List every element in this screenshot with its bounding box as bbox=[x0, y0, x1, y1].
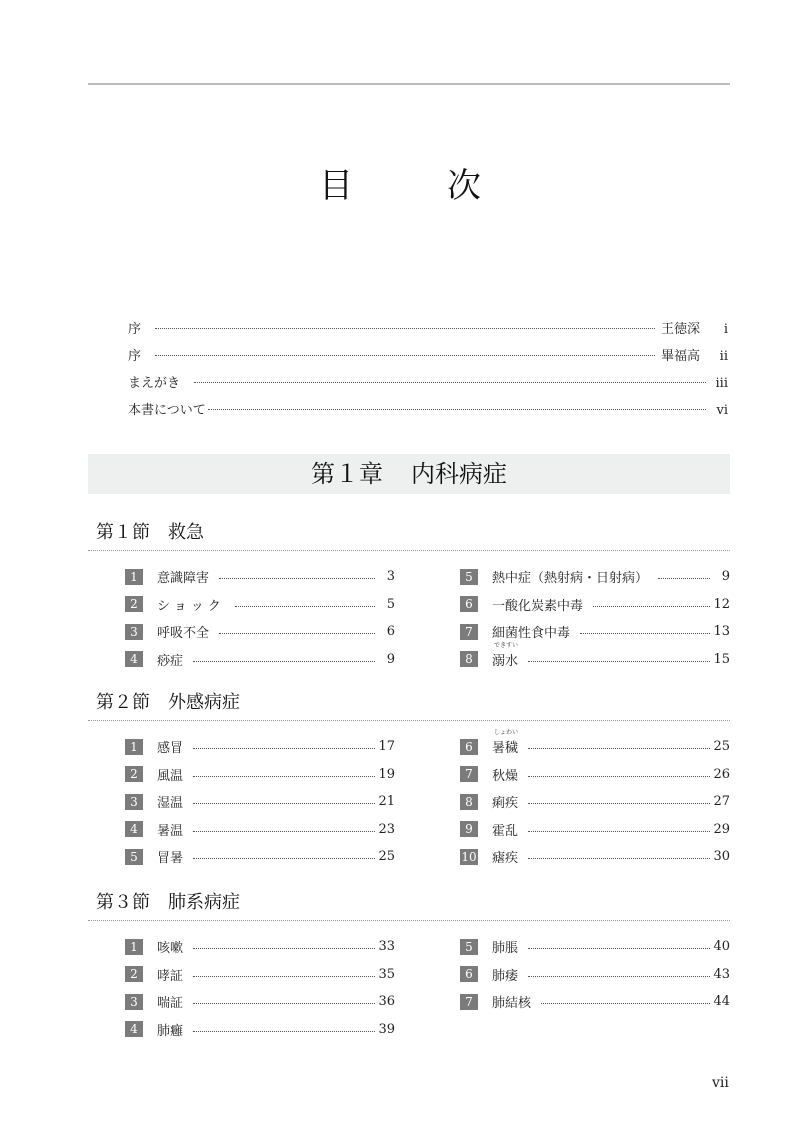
toc-entry-preface-1[interactable]: 序 王徳深 i bbox=[128, 318, 728, 345]
toc-entry-maegaki[interactable]: まえがき iii bbox=[128, 372, 728, 399]
item-title: 痢疾 bbox=[492, 792, 518, 811]
entry-page: iii bbox=[708, 376, 728, 391]
toc-item[interactable]: 6肺痿43 bbox=[460, 961, 730, 989]
item-page: 40 bbox=[712, 939, 730, 954]
item-number-badge: 9 bbox=[460, 821, 478, 837]
item-title: 細菌性食中毒 bbox=[492, 622, 570, 641]
item-number-badge: 6 bbox=[460, 739, 478, 755]
item-number-badge: 1 bbox=[125, 569, 143, 585]
item-number-badge: 8 bbox=[460, 651, 478, 667]
toc-item[interactable]: 9霍乱29 bbox=[460, 816, 730, 844]
dot-leader bbox=[658, 578, 710, 579]
entry-page: ii bbox=[700, 349, 728, 364]
toc-item[interactable]: 7肺結核44 bbox=[460, 988, 730, 1016]
toc-item[interactable]: 3呼吸不全6 bbox=[125, 618, 395, 646]
item-page: 3 bbox=[377, 569, 395, 584]
section-title: 救急 bbox=[168, 522, 204, 543]
front-matter-list: 序 王徳深 i 序 畢福高 ii まえがき iii 本書について vi bbox=[128, 318, 728, 426]
item-page: 9 bbox=[377, 652, 395, 667]
dot-leader bbox=[193, 803, 375, 804]
toc-item[interactable]: 1意識障害3 bbox=[125, 563, 395, 591]
item-page: 5 bbox=[377, 597, 395, 612]
toc-item[interactable]: 8痢疾27 bbox=[460, 788, 730, 816]
toc-item[interactable]: 10瘧疾30 bbox=[460, 843, 730, 871]
section-divider bbox=[88, 720, 730, 721]
item-title: 溺水 bbox=[492, 654, 518, 669]
dot-leader bbox=[528, 661, 710, 662]
item-page: 29 bbox=[712, 822, 730, 837]
dot-leader bbox=[155, 355, 655, 356]
toc-item[interactable]: 2ショック5 bbox=[125, 591, 395, 619]
toc-item[interactable]: 6一酸化炭素中毒12 bbox=[460, 591, 730, 619]
item-page: 35 bbox=[377, 967, 395, 982]
item-number-badge: 6 bbox=[460, 596, 478, 612]
item-page: 27 bbox=[712, 794, 730, 809]
dot-leader bbox=[208, 409, 706, 410]
dot-leader bbox=[541, 1003, 710, 1004]
item-title: 霍乱 bbox=[492, 820, 518, 839]
item-number-badge: 3 bbox=[125, 624, 143, 640]
item-title: 呼吸不全 bbox=[157, 622, 209, 641]
toc-item[interactable]: 1感冒17 bbox=[125, 733, 395, 761]
dot-leader bbox=[193, 1003, 375, 1004]
item-number-badge: 1 bbox=[125, 939, 143, 955]
item-page: 15 bbox=[712, 652, 730, 667]
item-number-badge: 7 bbox=[460, 624, 478, 640]
item-title: ショック bbox=[157, 595, 225, 614]
toc-item[interactable]: 4痧症9 bbox=[125, 646, 395, 674]
section-heading: 第１節救急 bbox=[88, 520, 730, 546]
item-page: 25 bbox=[712, 739, 730, 754]
section-1: 第１節救急 1意識障害3 2ショック5 3呼吸不全6 4痧症9 5熱中症（熱射病… bbox=[88, 520, 730, 563]
section-divider bbox=[88, 550, 730, 551]
page-number: vii bbox=[712, 1075, 729, 1091]
item-title: 意識障害 bbox=[157, 567, 209, 586]
item-number-badge: 3 bbox=[125, 994, 143, 1010]
item-ruby: しょわい bbox=[494, 727, 518, 736]
toc-entry-about-book[interactable]: 本書について vi bbox=[128, 399, 728, 426]
dot-leader bbox=[528, 776, 710, 777]
dot-leader bbox=[155, 328, 655, 329]
dot-leader bbox=[193, 776, 375, 777]
section-heading: 第３節肺系病症 bbox=[88, 890, 730, 916]
dot-leader bbox=[528, 858, 710, 859]
item-number-badge: 5 bbox=[125, 849, 143, 865]
item-title: 暑穢 bbox=[492, 741, 518, 756]
item-page: 30 bbox=[712, 849, 730, 864]
item-title: 瘧疾 bbox=[492, 847, 518, 866]
dot-leader bbox=[194, 382, 706, 383]
dot-leader bbox=[193, 948, 375, 949]
item-page: 36 bbox=[377, 994, 395, 1009]
item-page: 21 bbox=[377, 794, 395, 809]
entry-page: vi bbox=[708, 403, 728, 418]
toc-item[interactable]: 3湿温21 bbox=[125, 788, 395, 816]
item-title: 風温 bbox=[157, 765, 183, 784]
item-title: 熱中症（熱射病・日射病） bbox=[492, 567, 648, 586]
item-number-badge: 1 bbox=[125, 739, 143, 755]
item-title: 秋燥 bbox=[492, 765, 518, 784]
item-page: 33 bbox=[377, 939, 395, 954]
section-number: 第３節 bbox=[96, 892, 150, 913]
dot-leader bbox=[219, 578, 375, 579]
item-page: 39 bbox=[377, 1022, 395, 1037]
section-title: 外感病症 bbox=[168, 692, 240, 713]
item-page: 13 bbox=[712, 624, 730, 639]
toc-item[interactable]: 2風温19 bbox=[125, 761, 395, 789]
item-page: 6 bbox=[377, 624, 395, 639]
item-ruby: できすい bbox=[494, 640, 518, 649]
section-number: 第１節 bbox=[96, 522, 150, 543]
item-title: 湿温 bbox=[157, 792, 183, 811]
item-page: 43 bbox=[712, 967, 730, 982]
section-2: 第２節外感病症 1感冒17 2風温19 3湿温21 4暑温23 5冒暑25 6し… bbox=[88, 690, 730, 733]
dot-leader bbox=[528, 803, 710, 804]
item-number-badge: 7 bbox=[460, 766, 478, 782]
section-number: 第２節 bbox=[96, 692, 150, 713]
dot-leader bbox=[219, 633, 375, 634]
entry-author: 王徳深 bbox=[661, 318, 700, 337]
dot-leader bbox=[193, 858, 375, 859]
item-title: 哮証 bbox=[157, 965, 183, 984]
item-title: 痧症 bbox=[157, 650, 183, 669]
dot-leader bbox=[193, 748, 375, 749]
item-title: 感冒 bbox=[157, 737, 183, 756]
chapter-title: 内科病症 bbox=[411, 460, 507, 488]
chapter-number: 第１章 bbox=[311, 460, 383, 488]
dot-leader bbox=[580, 633, 710, 634]
item-page: 26 bbox=[712, 767, 730, 782]
item-number-badge: 5 bbox=[460, 939, 478, 955]
item-title-with-ruby: できすい溺水 bbox=[492, 650, 518, 669]
item-title: 暑温 bbox=[157, 820, 183, 839]
item-page: 25 bbox=[377, 849, 395, 864]
item-page: 19 bbox=[377, 767, 395, 782]
toc-item[interactable]: 5冒暑25 bbox=[125, 843, 395, 871]
item-page: 23 bbox=[377, 822, 395, 837]
item-page: 9 bbox=[712, 569, 730, 584]
item-title: 肺癰 bbox=[157, 1020, 183, 1039]
item-number-badge: 6 bbox=[460, 966, 478, 982]
dot-leader bbox=[593, 606, 710, 607]
entry-label: 序 bbox=[128, 345, 141, 364]
toc-entry-preface-2[interactable]: 序 畢福高 ii bbox=[128, 345, 728, 372]
item-title: 肺痿 bbox=[492, 965, 518, 984]
item-title: 咳嗽 bbox=[157, 937, 183, 956]
item-number-badge: 3 bbox=[125, 794, 143, 810]
item-title: 肺結核 bbox=[492, 992, 531, 1011]
toc-item[interactable]: 2哮証35 bbox=[125, 961, 395, 989]
dot-leader bbox=[193, 976, 375, 977]
item-number-badge: 4 bbox=[125, 1021, 143, 1037]
item-title-with-ruby: しょわい暑穢 bbox=[492, 737, 518, 756]
item-title: 肺脹 bbox=[492, 937, 518, 956]
toc-item[interactable]: 6しょわい暑穢25 bbox=[460, 733, 730, 761]
dot-leader bbox=[528, 831, 710, 832]
toc-item[interactable]: 1咳嗽33 bbox=[125, 933, 395, 961]
section-heading: 第２節外感病症 bbox=[88, 690, 730, 716]
section-divider bbox=[88, 920, 730, 921]
toc-item[interactable]: 5肺脹40 bbox=[460, 933, 730, 961]
item-page: 17 bbox=[377, 739, 395, 754]
dot-leader bbox=[528, 948, 710, 949]
item-title: 冒暑 bbox=[157, 847, 183, 866]
toc-item[interactable]: 4肺癰39 bbox=[125, 1016, 395, 1044]
dot-leader bbox=[193, 1031, 375, 1032]
item-number-badge: 7 bbox=[460, 994, 478, 1010]
page-title: 目 次 bbox=[0, 158, 800, 207]
dot-leader bbox=[235, 606, 375, 607]
entry-label: 本書について bbox=[128, 399, 206, 418]
entry-author: 畢福高 bbox=[661, 345, 700, 364]
chapter-heading: 第１章内科病症 bbox=[88, 454, 730, 494]
entry-label: 序 bbox=[128, 318, 141, 337]
toc-item[interactable]: 7秋燥26 bbox=[460, 761, 730, 789]
toc-item[interactable]: 3喘証36 bbox=[125, 988, 395, 1016]
dot-leader bbox=[193, 661, 375, 662]
item-number-badge: 2 bbox=[125, 766, 143, 782]
dot-leader bbox=[193, 831, 375, 832]
item-number-badge: 4 bbox=[125, 821, 143, 837]
top-rule bbox=[88, 83, 730, 85]
item-title: 喘証 bbox=[157, 992, 183, 1011]
item-number-badge: 4 bbox=[125, 651, 143, 667]
item-page: 44 bbox=[712, 994, 730, 1009]
entry-label: まえがき bbox=[128, 372, 180, 391]
toc-item[interactable]: 4暑温23 bbox=[125, 816, 395, 844]
section-title: 肺系病症 bbox=[168, 892, 240, 913]
item-number-badge: 8 bbox=[460, 794, 478, 810]
toc-item[interactable]: 8できすい溺水15 bbox=[460, 646, 730, 674]
entry-page: i bbox=[700, 322, 728, 337]
item-number-badge: 5 bbox=[460, 569, 478, 585]
section-3: 第３節肺系病症 1咳嗽33 2哮証35 3喘証36 4肺癰39 5肺脹40 6肺… bbox=[88, 890, 730, 933]
item-number-badge: 10 bbox=[460, 849, 478, 865]
toc-item[interactable]: 5熱中症（熱射病・日射病）9 bbox=[460, 563, 730, 591]
item-title: 一酸化炭素中毒 bbox=[492, 595, 583, 614]
dot-leader bbox=[528, 748, 710, 749]
item-number-badge: 2 bbox=[125, 596, 143, 612]
dot-leader bbox=[528, 976, 710, 977]
item-number-badge: 2 bbox=[125, 966, 143, 982]
item-page: 12 bbox=[712, 597, 730, 612]
